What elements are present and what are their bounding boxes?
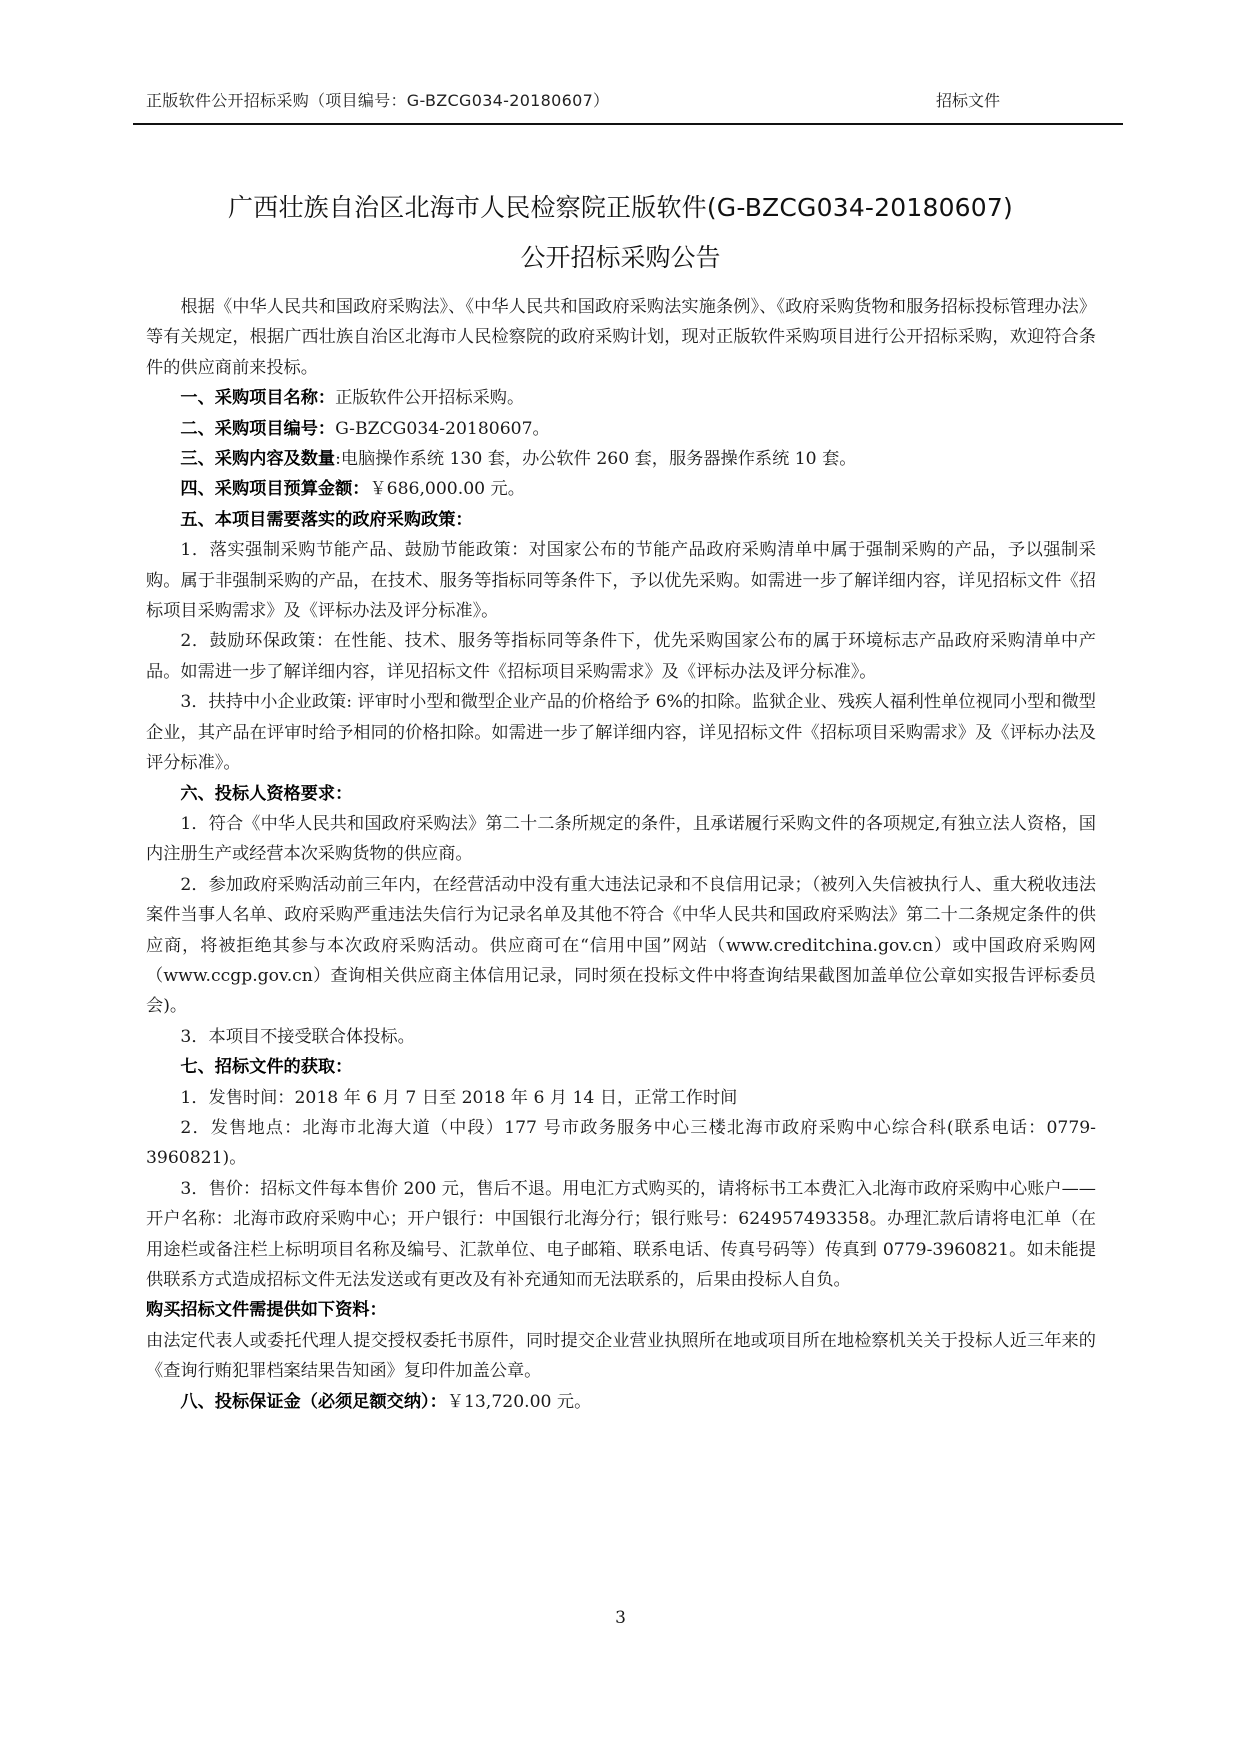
section-value: ￥13,720.00 元。 [447, 1392, 592, 1412]
section-content-quantity: 三、采购内容及数量:电脑操作系统 130 套，办公软件 260 套，服务器操作系… [146, 444, 1096, 474]
acquisition-item: 2．发售地点：北海市北海大道（中段）177 号市政务服务中心三楼北海市政府采购中… [146, 1113, 1096, 1174]
section-qualifications: 六、投标人资格要求： [146, 779, 1096, 809]
section-label: 八、投标保证金（必须足额交纳）： [180, 1392, 446, 1412]
acquisition-item: 3．售价：招标文件每本售价 200 元，售后不退。用电汇方式购买的，请将标书工本… [146, 1174, 1096, 1296]
section-label: 七、招标文件的获取： [180, 1057, 352, 1077]
section-label: 五、本项目需要落实的政府采购政策： [180, 510, 472, 530]
page-number: 3 [0, 1608, 1241, 1628]
section-label: 购买招标文件需提供如下资料： [146, 1300, 387, 1320]
acquisition-item: 1．发售时间：2018 年 6 月 7 日至 2018 年 6 月 14 日，正… [146, 1083, 1096, 1113]
section-project-name: 一、采购项目名称：正版软件公开招标采购。 [146, 383, 1096, 413]
policy-item: 1．落实强制采购节能产品、鼓励节能政策：对国家公布的节能产品政府采购清单中属于强… [146, 535, 1096, 626]
section-policies: 五、本项目需要落实的政府采购政策： [146, 505, 1096, 535]
document-subtitle: 公开招标采购公告 [0, 238, 1241, 274]
section-label: 六、投标人资格要求： [180, 784, 352, 804]
section-value: ￥686,000.00 元。 [369, 479, 524, 499]
policy-item: 2．鼓励环保政策：在性能、技术、服务等指标同等条件下，优先采购国家公布的属于环境… [146, 626, 1096, 687]
section-purchase-materials: 购买招标文件需提供如下资料： [146, 1295, 1096, 1325]
section-label: 一、采购项目名称： [180, 388, 335, 408]
document-title: 广西壮族自治区北海市人民检察院正版软件(G-BZCG034-20180607) [0, 188, 1241, 224]
intro-paragraph: 根据《中华人民共和国政府采购法》、《中华人民共和国政府采购法实施条例》、《政府采… [146, 292, 1096, 383]
qualification-item: 2．参加政府采购活动前三年内，在经营活动中没有重大违法记录和不良信用记录；（被列… [146, 870, 1096, 1022]
section-value: G-BZCG034-20180607。 [335, 419, 550, 439]
section-bid-bond: 八、投标保证金（必须足额交纳）：￥13,720.00 元。 [146, 1387, 1096, 1417]
header-document-type: 招标文件 [936, 88, 1000, 111]
section-label: 四、采购项目预算金额： [180, 479, 369, 499]
policy-item: 3．扶持中小企业政策: 评审时小型和微型企业产品的价格给予 6%的扣除。监狱企业… [146, 687, 1096, 778]
page-header: 正版软件公开招标采购（项目编号：G-BZCG034-20180607） 招标文件 [146, 84, 1126, 118]
section-document-acquisition: 七、招标文件的获取： [146, 1052, 1096, 1082]
section-value: :电脑操作系统 130 套，办公软件 260 套，服务器操作系统 10 套。 [335, 449, 856, 469]
qualification-item: 3．本项目不接受联合体投标。 [146, 1022, 1096, 1052]
section-label: 二、采购项目编号： [180, 419, 335, 439]
qualification-item: 1．符合《中华人民共和国政府采购法》第二十二条所规定的条件，且承诺履行采购文件的… [146, 809, 1096, 870]
section-label: 三、采购内容及数量 [180, 449, 335, 469]
header-divider [133, 123, 1123, 125]
document-body: 根据《中华人民共和国政府采购法》、《中华人民共和国政府采购法实施条例》、《政府采… [146, 292, 1096, 1417]
section-project-number: 二、采购项目编号：G-BZCG034-20180607。 [146, 414, 1096, 444]
purchase-materials-text: 由法定代表人或委托代理人提交授权委托书原件，同时提交企业营业执照所在地或项目所在… [146, 1326, 1096, 1387]
header-project-title: 正版软件公开招标采购（项目编号：G-BZCG034-20180607） [146, 88, 609, 111]
section-value: 正版软件公开招标采购。 [335, 388, 524, 408]
section-budget: 四、采购项目预算金额：￥686,000.00 元。 [146, 474, 1096, 504]
